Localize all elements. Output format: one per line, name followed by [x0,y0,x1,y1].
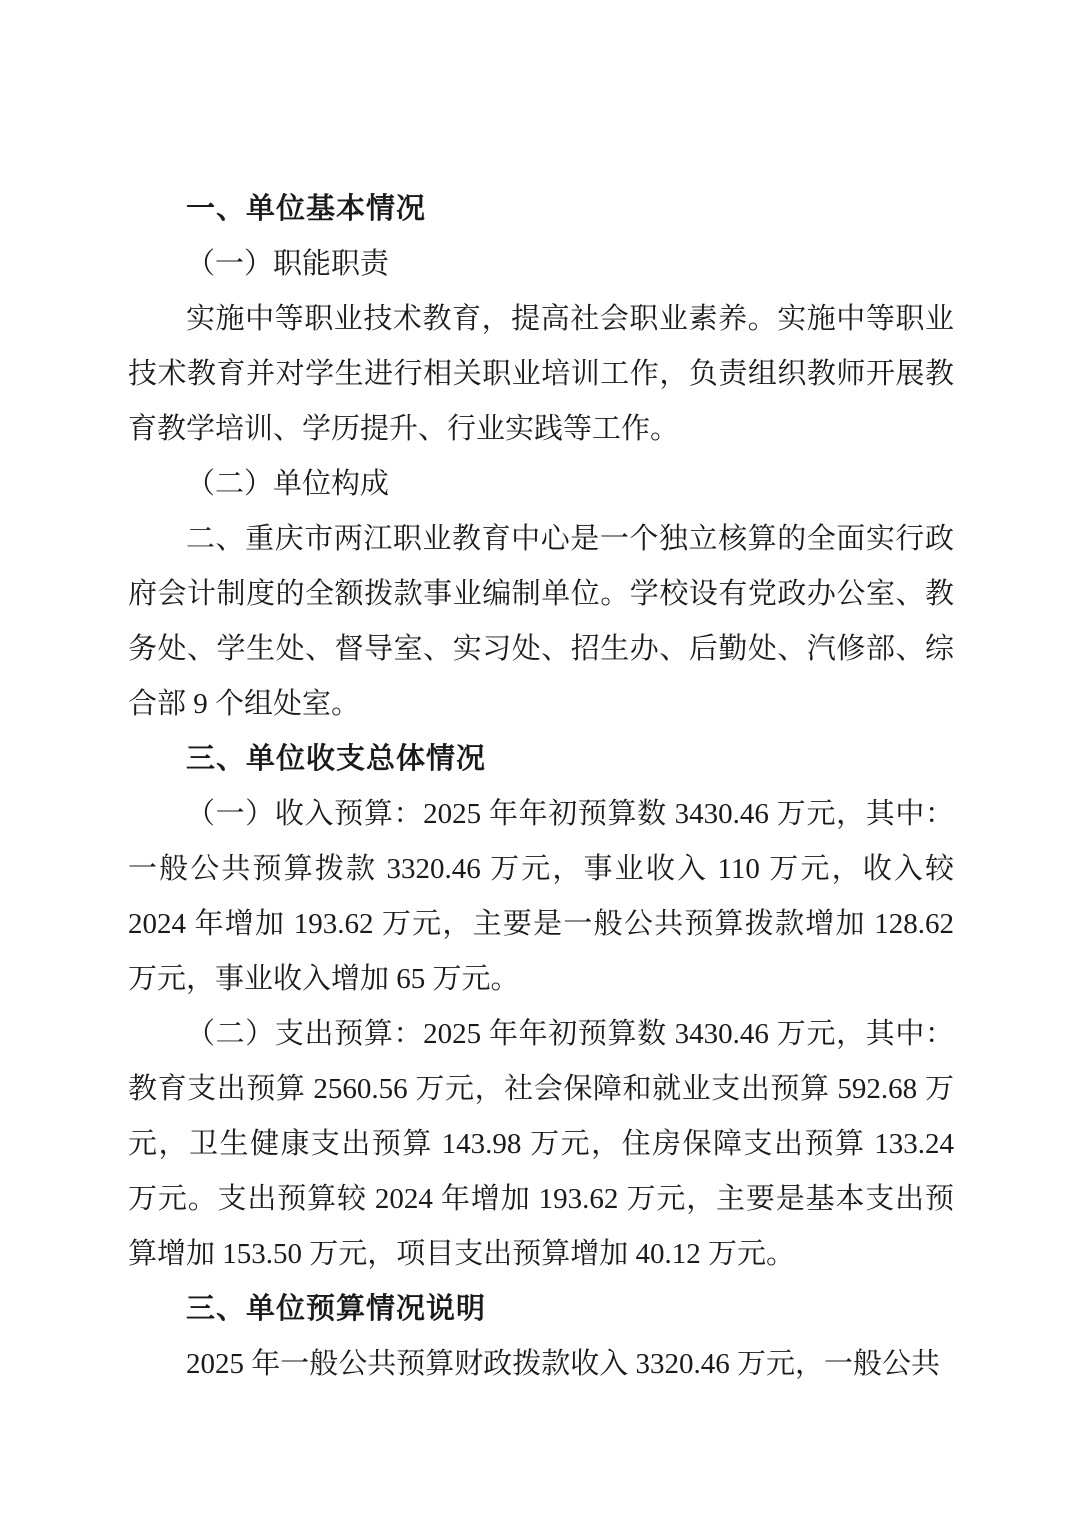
paragraph-composition: 二、重庆市两江职业教育中心是一个独立核算的全面实行政府会计制度的全额拨款事业编制… [128,512,954,732]
paragraph-revenue-budget: （一）收入预算：2025 年年初预算数 3430.46 万元，其中：一般公共预算… [128,787,954,1007]
paragraph-duties: 实施中等职业技术教育，提高社会职业素养。实施中等职业技术教育并对学生进行相关职业… [128,292,954,457]
document-page: 一、单位基本情况 （一）职能职责 实施中等职业技术教育，提高社会职业素养。实施中… [0,0,1075,1520]
section-heading-basic-info: 一、单位基本情况 [128,182,954,237]
paragraph-budget-notes-truncated: 2025 年一般公共预算财政拨款收入 3320.46 万元，一般公共 [128,1337,954,1392]
subsection-heading-duties: （一）职能职责 [128,237,954,292]
section-heading-budget-notes: 三、单位预算情况说明 [128,1282,954,1337]
document-body: 一、单位基本情况 （一）职能职责 实施中等职业技术教育，提高社会职业素养。实施中… [128,182,954,1392]
paragraph-expenditure-budget: （二）支出预算：2025 年年初预算数 3430.46 万元，其中：教育支出预算… [128,1007,954,1282]
section-heading-revenue-expenditure: 三、单位收支总体情况 [128,732,954,787]
subsection-heading-composition: （二）单位构成 [128,457,954,512]
